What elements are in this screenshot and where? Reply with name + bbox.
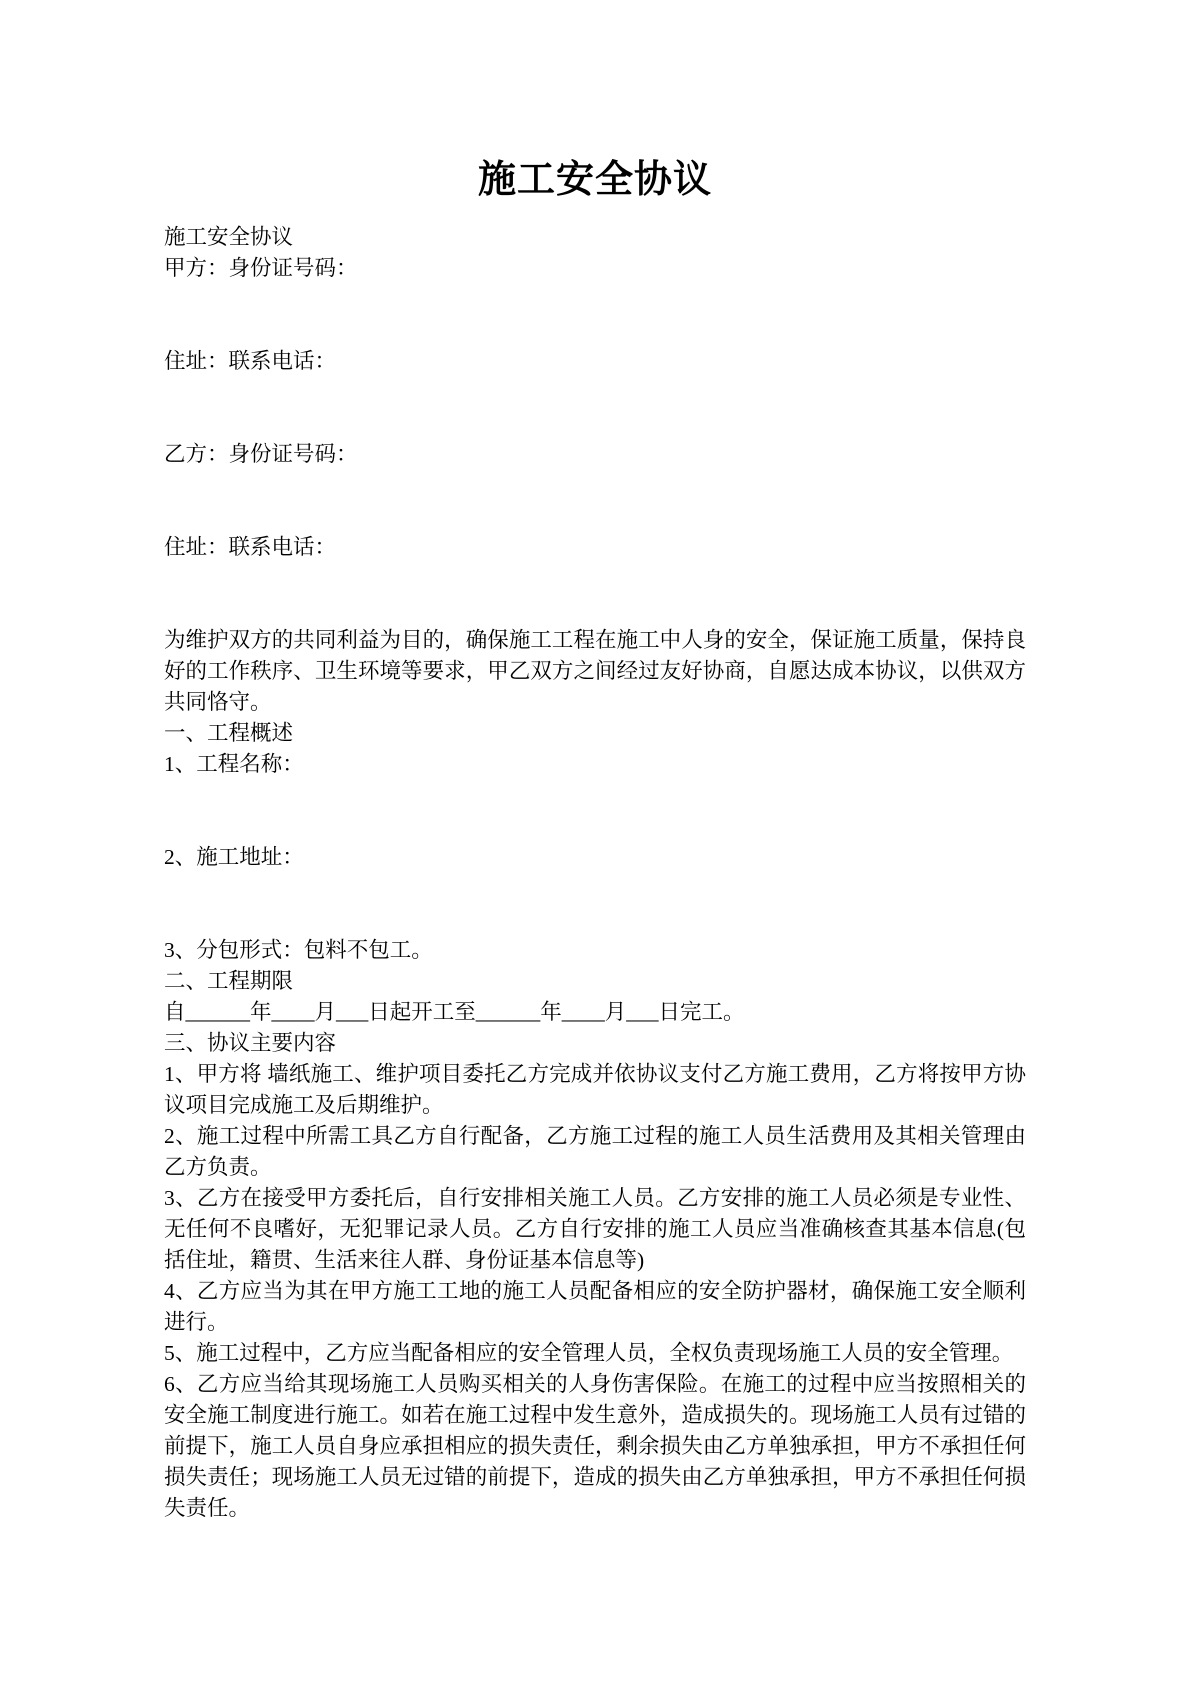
clause-1-paragraph: 1、甲方将 墙纸施工、维护项目委托乙方完成并依协议支付乙方施工费用，乙方将按甲方… bbox=[164, 1059, 1026, 1121]
party-a-contact-line: 住址：联系电话： bbox=[164, 346, 1026, 377]
section-heading-project-overview: 一、工程概述 bbox=[164, 718, 1026, 749]
party-a-id-line: 甲方：身份证号码： bbox=[164, 253, 1026, 284]
document-title: 施工安全协议 bbox=[164, 158, 1026, 202]
project-duration-fill-in-line: 自______年____月___日起开工至______年____月___日完工。 bbox=[164, 997, 1026, 1028]
construction-address-line: 2、施工地址： bbox=[164, 842, 1026, 873]
doc-subtitle: 施工安全协议 bbox=[164, 222, 1026, 253]
clause-4-paragraph: 4、乙方应当为其在甲方施工工地的施工人员配备相应的安全防护器材，确保施工安全顺利… bbox=[164, 1276, 1026, 1338]
clause-3-paragraph: 3、乙方在接受甲方委托后，自行安排相关施工人员。乙方安排的施工人员必须是专业性、… bbox=[164, 1183, 1026, 1276]
section-heading-agreement-content: 三、协议主要内容 bbox=[164, 1028, 1026, 1059]
preamble-paragraph: 为维护双方的共同利益为目的，确保施工工程在施工中人身的安全，保证施工质量，保持良… bbox=[164, 625, 1026, 718]
clause-6-paragraph: 6、乙方应当给其现场施工人员购买相关的人身伤害保险。在施工的过程中应当按照相关的… bbox=[164, 1369, 1026, 1524]
document-page: 施工安全协议 施工安全协议 甲方：身份证号码： 住址：联系电话： 乙方：身份证号… bbox=[0, 0, 1190, 1683]
section-heading-project-duration: 二、工程期限 bbox=[164, 966, 1026, 997]
party-b-contact-line: 住址：联系电话： bbox=[164, 532, 1026, 563]
clause-5-paragraph: 5、施工过程中，乙方应当配备相应的安全管理人员，全权负责现场施工人员的安全管理。 bbox=[164, 1338, 1026, 1369]
project-name-line: 1、工程名称： bbox=[164, 749, 1026, 780]
document-content: 施工安全协议 施工安全协议 甲方：身份证号码： 住址：联系电话： 乙方：身份证号… bbox=[0, 0, 1190, 1524]
subcontract-form-line: 3、分包形式：包料不包工。 bbox=[164, 935, 1026, 966]
party-b-id-line: 乙方：身份证号码： bbox=[164, 439, 1026, 470]
clause-2-paragraph: 2、施工过程中所需工具乙方自行配备，乙方施工过程的施工人员生活费用及其相关管理由… bbox=[164, 1121, 1026, 1183]
